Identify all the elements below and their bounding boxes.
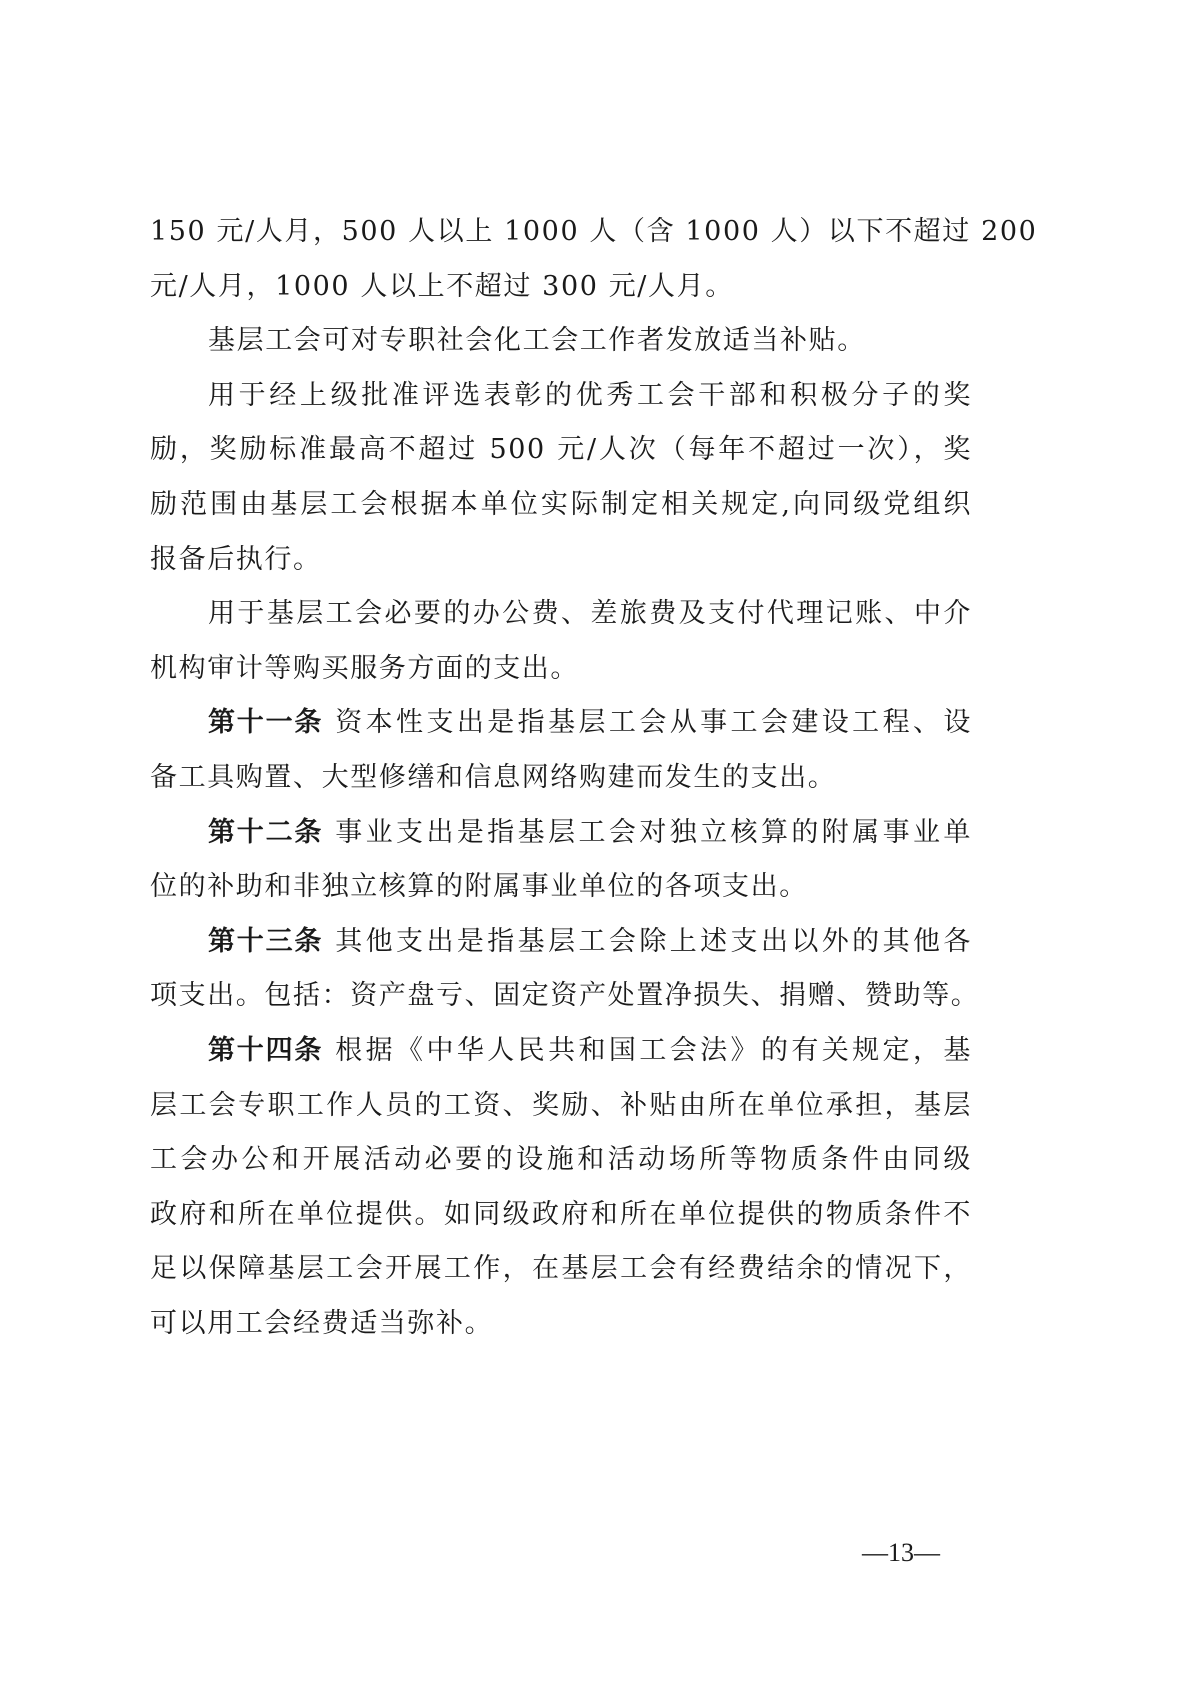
text-line: 层工会专职工作人员的工资、奖励、补贴由所在单位承担，基层 [150, 1079, 972, 1134]
paragraph-office-expenses: 用于基层工会必要的办公费、差旅费及支付代理记账、中介 机构审计等购买服务方面的支… [150, 587, 972, 696]
text-line: 项支出。包括：资产盘亏、固定资产处置净损失、捐赠、赞助等。 [150, 969, 972, 1024]
document-page: 150 元/人月，500 人以上 1000 人（含 1000 人）以下不超过 2… [150, 205, 972, 1351]
text-line: 第十三条其他支出是指基层工会除上述支出以外的其他各 [150, 915, 972, 970]
text-line: 基层工会可对专职社会化工会工作者发放适当补贴。 [150, 314, 972, 369]
text-line: 工会办公和开展活动必要的设施和活动场所等物质条件由同级 [150, 1133, 972, 1188]
text-line: 励范围由基层工会根据本单位实际制定相关规定,向同级党组织 [150, 478, 972, 533]
text-line: 用于基层工会必要的办公费、差旅费及支付代理记账、中介 [150, 587, 972, 642]
text-line: 报备后执行。 [150, 533, 972, 588]
article-12: 第十二条事业支出是指基层工会对独立核算的附属事业单 位的补助和非独立核算的附属事… [150, 806, 972, 915]
article-14: 第十四条根据《中华人民共和国工会法》的有关规定，基 层工会专职工作人员的工资、奖… [150, 1024, 972, 1352]
article-label: 第十二条 [208, 817, 323, 848]
text-line: 励，奖励标准最高不超过 500 元/人次（每年不超过一次），奖 [150, 423, 972, 478]
text-line: 元/人月，1000 人以上不超过 300 元/人月。 [150, 260, 972, 315]
text-line: 位的补助和非独立核算的附属事业单位的各项支出。 [150, 860, 972, 915]
text-line: 政府和所在单位提供。如同级政府和所在单位提供的物质条件不 [150, 1188, 972, 1243]
article-text: 事业支出是指基层工会对独立核算的附属事业单 [335, 817, 972, 848]
article-text: 根据《中华人民共和国工会法》的有关规定，基 [335, 1035, 972, 1066]
paragraph-allowance: 基层工会可对专职社会化工会工作者发放适当补贴。 [150, 314, 972, 369]
text-line: 可以用工会经费适当弥补。 [150, 1297, 972, 1352]
text-line: 备工具购置、大型修缮和信息网络购建而发生的支出。 [150, 751, 972, 806]
article-text: 其他支出是指基层工会除上述支出以外的其他各 [335, 926, 972, 957]
text-line: 用于经上级批准评选表彰的优秀工会干部和积极分子的奖 [150, 369, 972, 424]
paragraph-continuation: 150 元/人月，500 人以上 1000 人（含 1000 人）以下不超过 2… [150, 205, 972, 314]
article-text: 资本性支出是指基层工会从事工会建设工程、设 [335, 707, 972, 738]
article-label: 第十三条 [208, 926, 323, 957]
article-11: 第十一条资本性支出是指基层工会从事工会建设工程、设 备工具购置、大型修缮和信息网… [150, 696, 972, 805]
text-line: 第十二条事业支出是指基层工会对独立核算的附属事业单 [150, 806, 972, 861]
text-line: 150 元/人月，500 人以上 1000 人（含 1000 人）以下不超过 2… [150, 205, 972, 260]
page-number: —13— [862, 1538, 940, 1568]
text-line: 第十四条根据《中华人民共和国工会法》的有关规定，基 [150, 1024, 972, 1079]
text-line: 机构审计等购买服务方面的支出。 [150, 642, 972, 697]
article-13: 第十三条其他支出是指基层工会除上述支出以外的其他各 项支出。包括：资产盘亏、固定… [150, 915, 972, 1024]
paragraph-awards: 用于经上级批准评选表彰的优秀工会干部和积极分子的奖 励，奖励标准最高不超过 50… [150, 369, 972, 587]
article-label: 第十一条 [208, 707, 323, 738]
text-line: 第十一条资本性支出是指基层工会从事工会建设工程、设 [150, 696, 972, 751]
article-label: 第十四条 [208, 1035, 323, 1066]
text-line: 足以保障基层工会开展工作，在基层工会有经费结余的情况下， [150, 1242, 972, 1297]
